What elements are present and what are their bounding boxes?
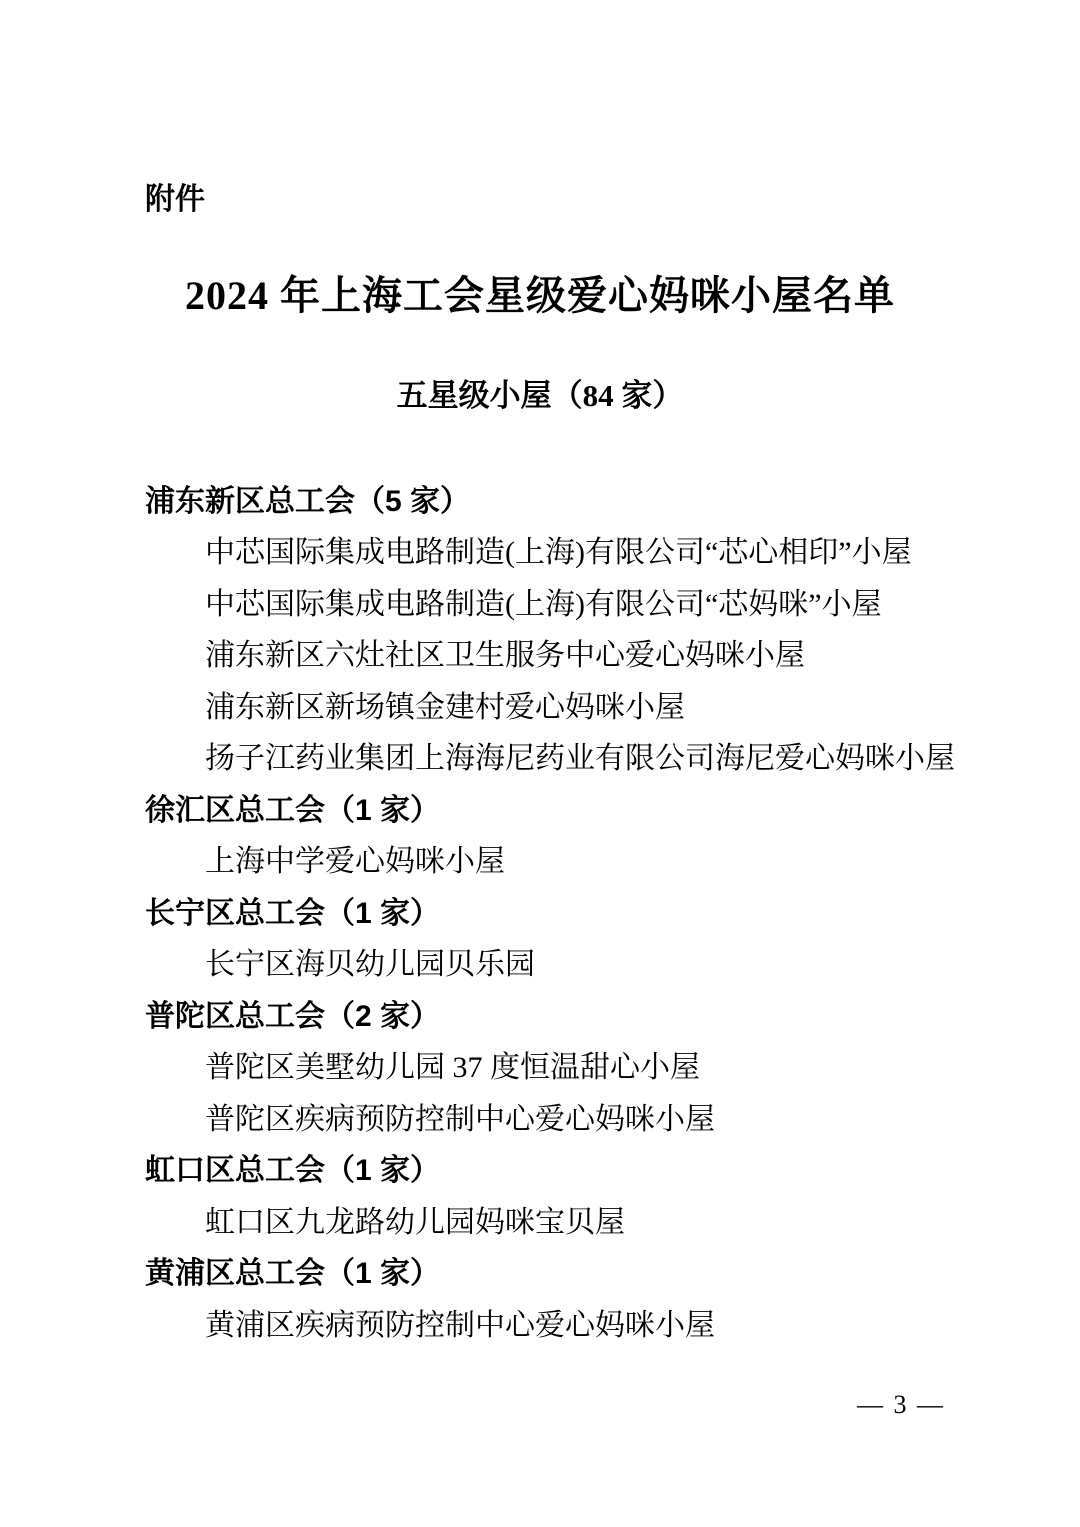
document-body: 浦东新区总工会（5 家）中芯国际集成电路制造(上海)有限公司“芯心相印”小屋中芯…	[145, 472, 980, 1348]
list-item: 虹口区九龙路幼儿园妈咪宝贝屋	[145, 1193, 980, 1245]
document-title: 2024 年上海工会星级爱心妈咪小屋名单	[0, 270, 1080, 322]
list-item: 浦东新区六灶社区卫生服务中心爱心妈咪小屋	[145, 627, 980, 679]
document-subtitle: 五星级小屋（84 家）	[0, 376, 1080, 416]
list-item: 中芯国际集成电路制造(上海)有限公司“芯心相印”小屋	[145, 524, 980, 576]
list-item: 黄浦区疾病预防控制中心爱心妈咪小屋	[145, 1296, 980, 1348]
list-item: 中芯国际集成电路制造(上海)有限公司“芯妈咪”小屋	[145, 575, 980, 627]
list-item: 普陀区美墅幼儿园 37 度恒温甜心小屋	[145, 1039, 980, 1091]
list-item: 普陀区疾病预防控制中心爱心妈咪小屋	[145, 1090, 980, 1142]
list-item: 扬子江药业集团上海海尼药业有限公司海尼爱心妈咪小屋	[145, 730, 980, 782]
section-heading: 虹口区总工会（1 家）	[145, 1142, 980, 1194]
list-item: 浦东新区新场镇金建村爱心妈咪小屋	[145, 678, 980, 730]
section-heading: 黄浦区总工会（1 家）	[145, 1245, 980, 1297]
list-item: 长宁区海贝幼儿园贝乐园	[145, 936, 980, 988]
section-heading: 普陀区总工会（2 家）	[145, 987, 980, 1039]
attachment-label: 附件	[145, 181, 205, 219]
section-heading: 长宁区总工会（1 家）	[145, 884, 980, 936]
list-item: 上海中学爱心妈咪小屋	[145, 833, 980, 885]
section-heading: 徐汇区总工会（1 家）	[145, 781, 980, 833]
page-number: — 3 —	[857, 1390, 945, 1420]
section-heading: 浦东新区总工会（5 家）	[145, 472, 980, 524]
document-page: 附件 2024 年上海工会星级爱心妈咪小屋名单 五星级小屋（84 家） 浦东新区…	[0, 0, 1080, 1527]
